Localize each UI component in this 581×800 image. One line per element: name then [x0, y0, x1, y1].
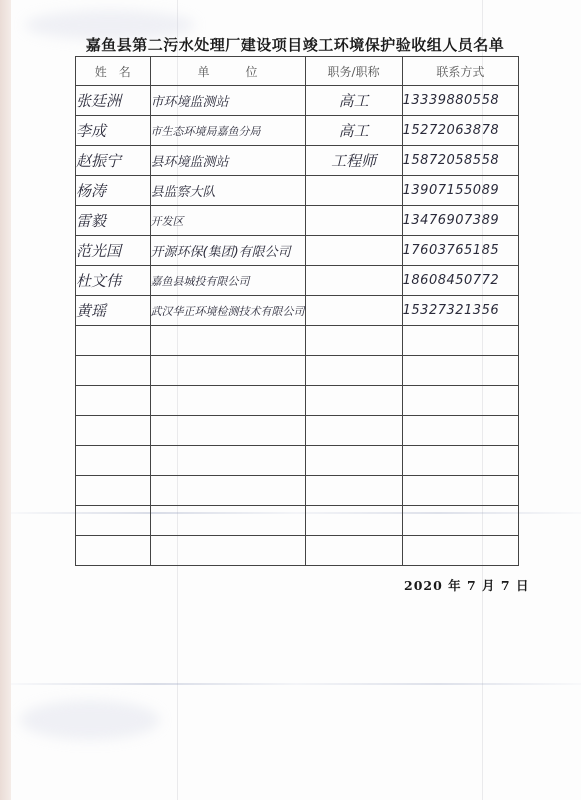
- cell-title: [305, 176, 402, 206]
- cell-title: [305, 386, 402, 416]
- cell-title: [305, 326, 402, 356]
- cell-unit: [150, 326, 305, 356]
- cell-name: [76, 416, 151, 446]
- cell-title: 工程师: [305, 146, 402, 176]
- cell-phone: [402, 536, 518, 566]
- crease: [11, 683, 581, 685]
- cell-unit: 市环境监测站: [150, 86, 305, 116]
- cell-phone: 13339880558: [402, 86, 518, 116]
- cell-unit: [150, 446, 305, 476]
- cell-title: [305, 476, 402, 506]
- cell-unit: [150, 356, 305, 386]
- table-row: [76, 356, 519, 386]
- member-roster-table: 姓 名 单 位 职务/职称 联系方式 张廷洲市环境监测站高工1333988055…: [75, 56, 519, 566]
- cell-name: [76, 356, 151, 386]
- table-row: [76, 506, 519, 536]
- cell-phone: 17603765185: [402, 236, 518, 266]
- cell-title: [305, 446, 402, 476]
- cell-name: [76, 326, 151, 356]
- cell-name: 李成: [76, 116, 151, 146]
- cell-unit: [150, 506, 305, 536]
- cell-phone: [402, 386, 518, 416]
- table-row: [76, 476, 519, 506]
- cell-unit: 武汉华正环境检测技术有限公司: [150, 296, 305, 326]
- table-row: [76, 416, 519, 446]
- cell-name: 张廷洲: [76, 86, 151, 116]
- column-header-unit: 单 位: [150, 57, 305, 86]
- cell-title: 高工: [305, 86, 402, 116]
- cell-phone: 15327321356: [402, 296, 518, 326]
- cell-title: [305, 236, 402, 266]
- signing-date: 2020 年 7 月 7 日: [404, 576, 529, 594]
- cell-unit: 开发区: [150, 206, 305, 236]
- cell-name: 黄瑶: [76, 296, 151, 326]
- cell-name: [76, 506, 151, 536]
- cell-name: [76, 536, 151, 566]
- cell-title: 高工: [305, 116, 402, 146]
- column-header-contact: 联系方式: [402, 57, 518, 86]
- cell-name: [76, 386, 151, 416]
- cell-name: 杜文伟: [76, 266, 151, 296]
- cell-title: [305, 296, 402, 326]
- cell-name: 赵振宁: [76, 146, 151, 176]
- table-header-row: 姓 名 单 位 职务/职称 联系方式: [76, 57, 519, 86]
- cell-phone: 13907155089: [402, 176, 518, 206]
- cell-title: [305, 356, 402, 386]
- table-row: [76, 326, 519, 356]
- table-row: 杜文伟嘉鱼县城投有限公司18608450772: [76, 266, 519, 296]
- cell-title: [305, 266, 402, 296]
- table-row: 杨涛县监察大队13907155089: [76, 176, 519, 206]
- table-row: [76, 446, 519, 476]
- cell-name: 杨涛: [76, 176, 151, 206]
- scan-edge: [0, 0, 11, 800]
- cell-name: [76, 476, 151, 506]
- cell-unit: [150, 536, 305, 566]
- cell-phone: [402, 506, 518, 536]
- cell-phone: [402, 356, 518, 386]
- table-row: [76, 536, 519, 566]
- cell-unit: [150, 476, 305, 506]
- table-row: 黄瑶武汉华正环境检测技术有限公司15327321356: [76, 296, 519, 326]
- cell-unit: 嘉鱼县城投有限公司: [150, 266, 305, 296]
- cell-unit: [150, 386, 305, 416]
- cell-title: [305, 506, 402, 536]
- cell-phone: [402, 446, 518, 476]
- table-row: 赵振宁县环境监测站工程师15872058558: [76, 146, 519, 176]
- cell-phone: 13476907389: [402, 206, 518, 236]
- cell-unit: 开源环保(集团)有限公司: [150, 236, 305, 266]
- cell-name: 范光国: [76, 236, 151, 266]
- cell-unit: 县环境监测站: [150, 146, 305, 176]
- cell-phone: 15872058558: [402, 146, 518, 176]
- cell-phone: [402, 476, 518, 506]
- cell-name: [76, 446, 151, 476]
- cell-title: [305, 416, 402, 446]
- table-row: 雷毅开发区13476907389: [76, 206, 519, 236]
- cell-title: [305, 206, 402, 236]
- document-title: 嘉鱼县第二污水处理厂建设项目竣工环境保护验收组人员名单: [60, 34, 530, 55]
- cell-phone: 15272063878: [402, 116, 518, 146]
- table-row: 李成市生态环境局嘉鱼分局高工15272063878: [76, 116, 519, 146]
- scan-smudge: [20, 700, 160, 740]
- column-header-name: 姓 名: [76, 57, 151, 86]
- cell-phone: 18608450772: [402, 266, 518, 296]
- cell-title: [305, 536, 402, 566]
- cell-unit: [150, 416, 305, 446]
- cell-phone: [402, 416, 518, 446]
- table-row: 范光国开源环保(集团)有限公司17603765185: [76, 236, 519, 266]
- cell-unit: 市生态环境局嘉鱼分局: [150, 116, 305, 146]
- table-row: 张廷洲市环境监测站高工13339880558: [76, 86, 519, 116]
- cell-name: 雷毅: [76, 206, 151, 236]
- column-header-title: 职务/职称: [305, 57, 402, 86]
- cell-phone: [402, 326, 518, 356]
- table-row: [76, 386, 519, 416]
- cell-unit: 县监察大队: [150, 176, 305, 206]
